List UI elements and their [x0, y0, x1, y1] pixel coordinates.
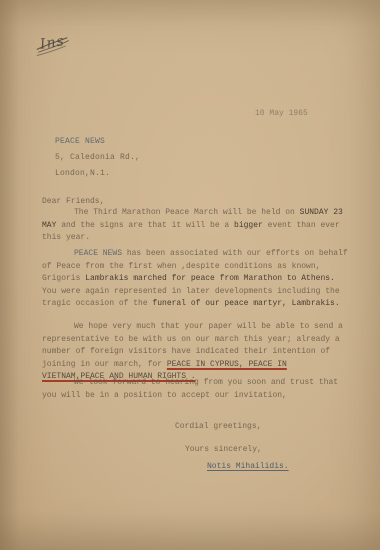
peace-news-mention: PEACE NEWS	[74, 249, 127, 258]
letter-page: Ins 10 May 1965 PEACE NEWS 5, Caledonia …	[0, 0, 380, 550]
signature: Notis Mihailidis.	[207, 461, 289, 474]
funeral-emphasis: funeral of our peace martyr, Lambrakis.	[152, 299, 339, 308]
bigger-emphasis: bigger	[234, 221, 268, 230]
paragraph-2: PEACE NEWS has been associated with our …	[42, 248, 349, 311]
recipient-name: PEACE NEWS	[55, 134, 140, 150]
recipient-city: London,N.1.	[55, 166, 140, 182]
lambrakis-march-emphasis: Lambrakis marched for peace from Maratho…	[85, 274, 335, 283]
paragraph-1: The Third Marathon Peace March will be h…	[42, 207, 349, 245]
paragraph-4-text: We look forward to hearing from you soon…	[42, 378, 338, 400]
handwritten-annotation: Ins	[39, 33, 66, 53]
recipient-address: PEACE NEWS 5, Caledonia Rd., London,N.1.	[55, 134, 140, 182]
letter-date: 10 May 1965	[255, 108, 308, 121]
paragraph-3: We hope very much that your paper will b…	[42, 321, 349, 384]
paragraph-1-text: and the signs are that it will be a	[61, 221, 234, 230]
closing-greeting: Cordial greetings,	[175, 421, 261, 434]
closing-valediction: Yours sincerely,	[185, 444, 262, 457]
paragraph-1-text: The Third Marathon Peace March will be h…	[74, 208, 300, 217]
handwritten-annotation-text: Ins	[39, 33, 66, 53]
recipient-street: 5, Caledonia Rd.,	[55, 150, 140, 166]
paragraph-4: We look forward to hearing from you soon…	[42, 377, 349, 402]
